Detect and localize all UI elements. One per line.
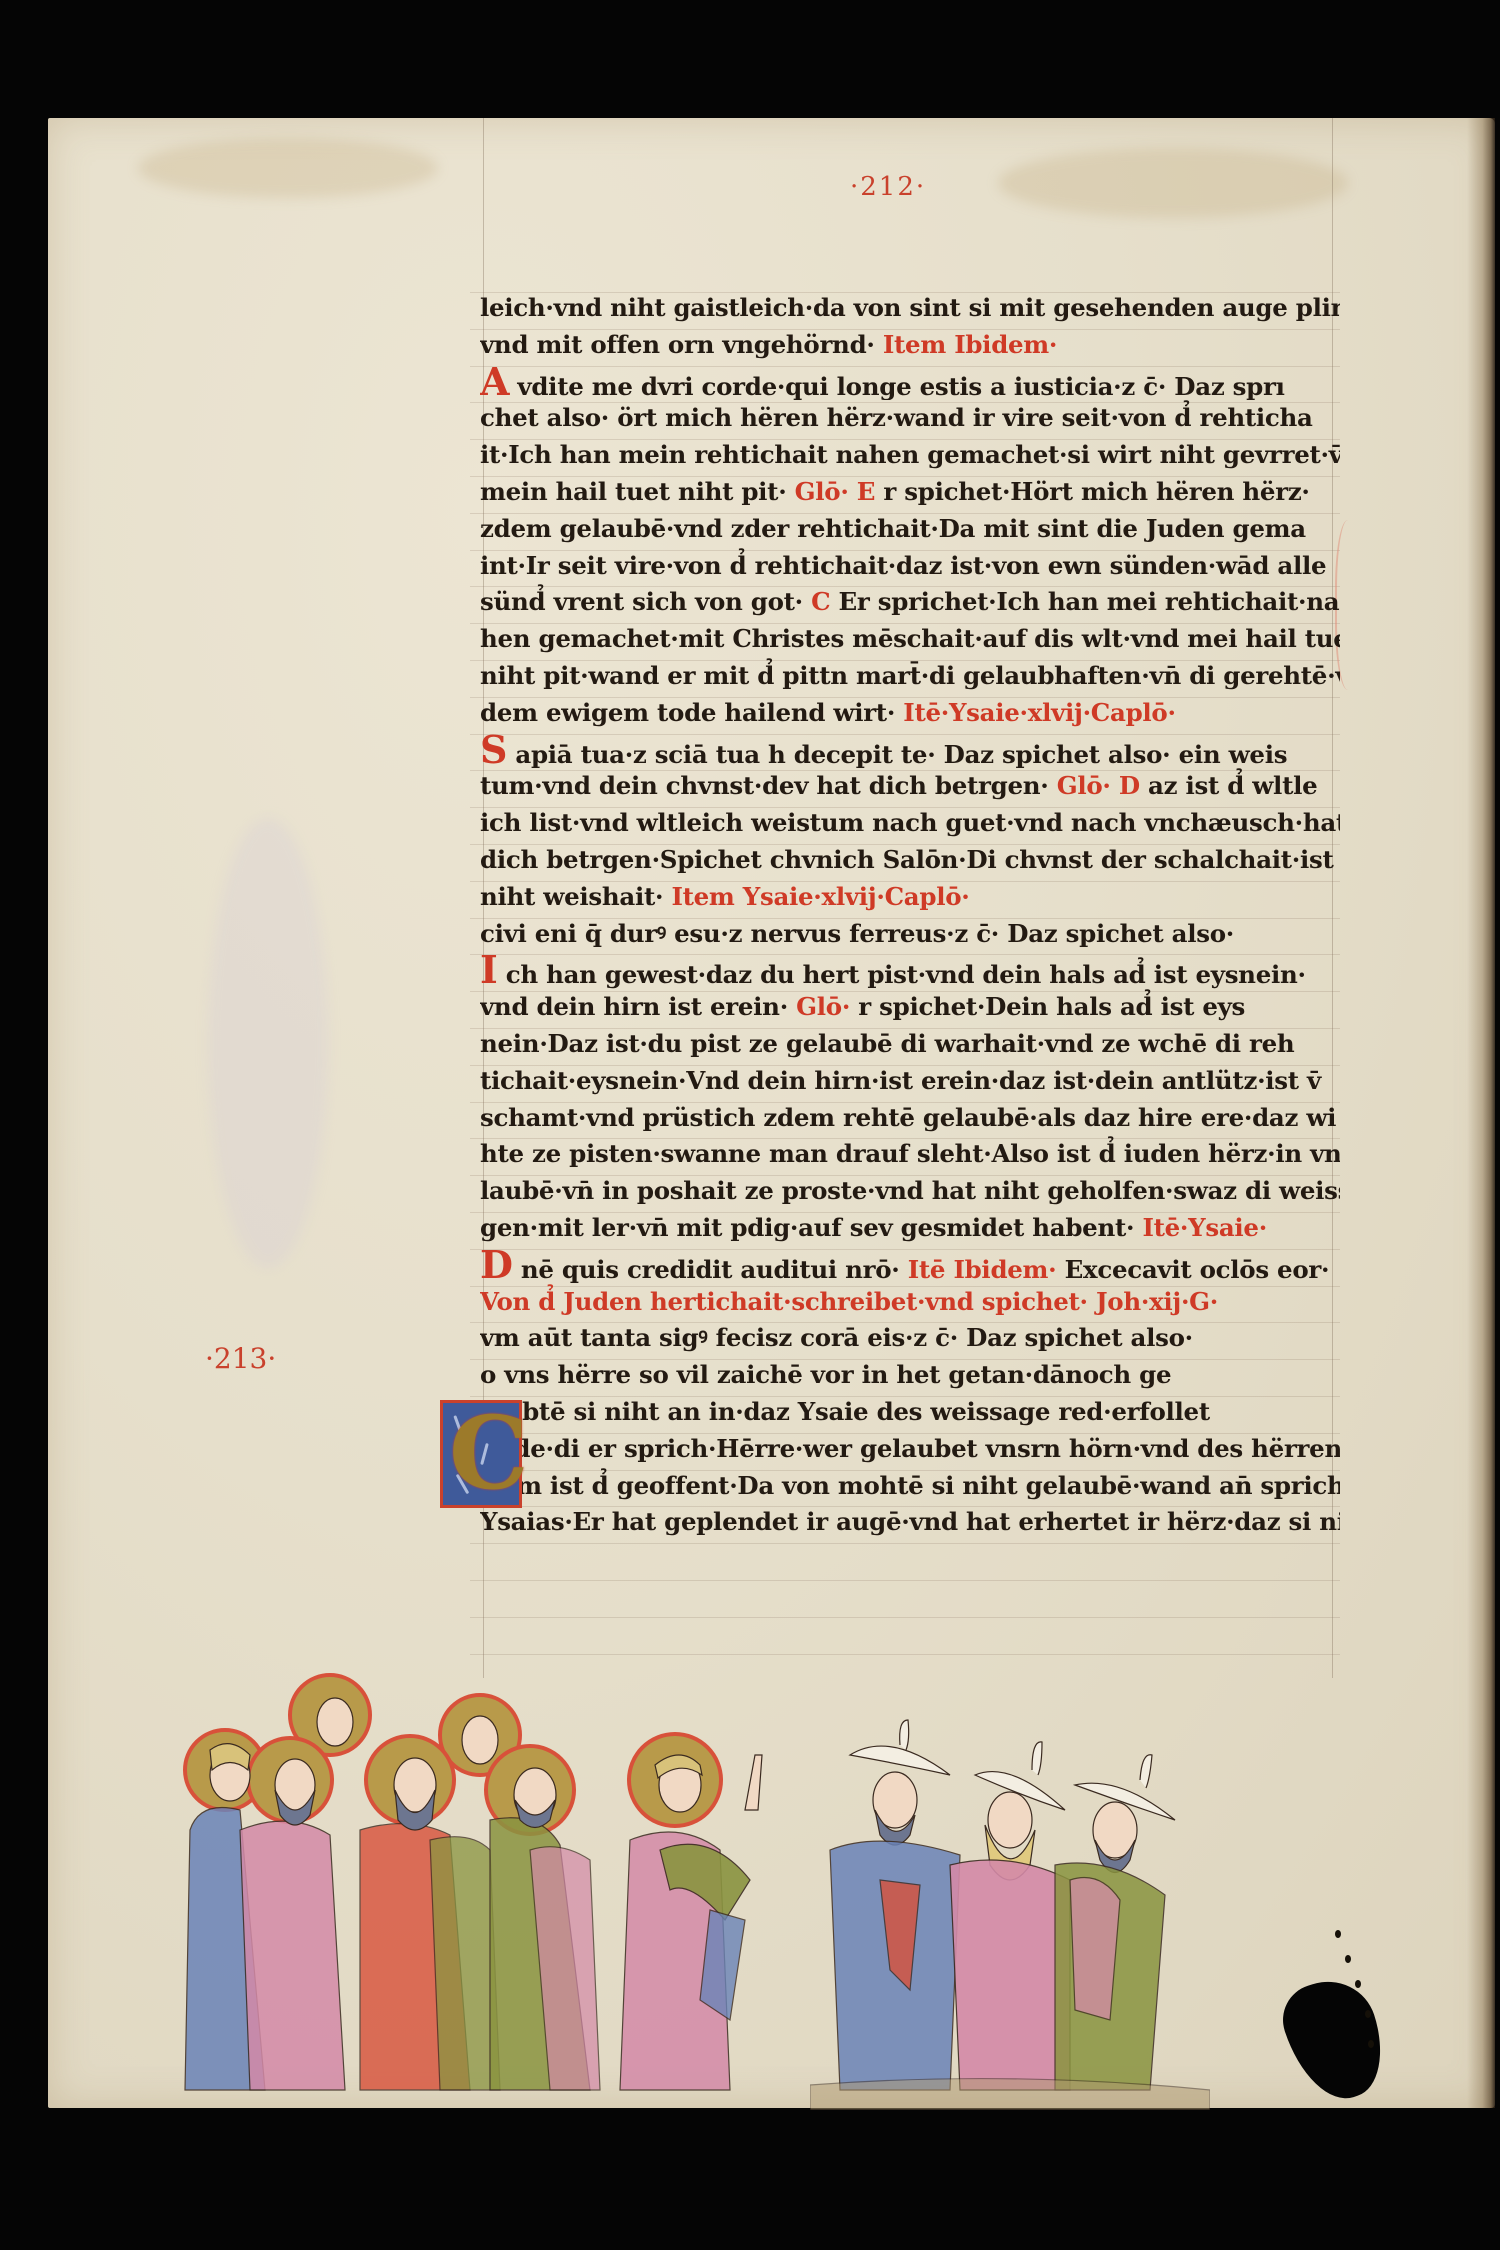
text-line: Von d̉ Juden hertichait·schreibet·vnd sp… bbox=[480, 1284, 1340, 1321]
page-gutter-edge bbox=[1467, 118, 1495, 2108]
text-segment: zdem gelaubē·vnd zder rehtichait·Da mit … bbox=[480, 514, 1306, 543]
text-segment: dem ewigem tode hailend wirt· bbox=[480, 698, 903, 727]
rubric-text: Glō· E bbox=[795, 477, 876, 506]
text-segment: niht weishait· bbox=[480, 882, 671, 911]
text-line: zdem gelaubē·vnd zder rehtichait·Da mit … bbox=[480, 511, 1340, 548]
text-segment: schamt·vnd prüstich zdem rehtē gelaubē·a… bbox=[480, 1103, 1336, 1132]
text-line: vm aūt tanta sigꝰ fecisz corā eis·z c̄· … bbox=[480, 1320, 1340, 1357]
rubric-text: Itē·Ysaie· bbox=[1142, 1213, 1266, 1242]
faint-stain bbox=[208, 818, 328, 1268]
illuminated-initial: C bbox=[440, 1400, 522, 1508]
rubricated-initial: D bbox=[480, 1247, 513, 1284]
text-segment: gen·mit ler·vn̄ mit pdig·auf sev gesmide… bbox=[480, 1213, 1142, 1242]
water-stain bbox=[138, 138, 438, 198]
text-segment: Er sprichet·Ich han mei rehtichait·na bbox=[830, 587, 1339, 616]
text-line: dich betrgen·Spichet chvnich Salōn·Di ch… bbox=[480, 842, 1340, 879]
rubric-text: Item Ibidem· bbox=[883, 330, 1057, 359]
margin-folio-note: ·213· bbox=[205, 1342, 276, 1375]
text-segment: o vns hërre so vil zaichē vor in het get… bbox=[480, 1360, 1171, 1389]
rubric-text: Von d̉ Juden hertichait·schreibet·vnd sp… bbox=[480, 1287, 1218, 1316]
rubric-text: Item Ysaie·xlvij·Caplō· bbox=[671, 882, 969, 911]
illustration-three-figures-pointed-hats bbox=[810, 1690, 1210, 2110]
text-column: leich·vnd niht gaistleich·da von sint si… bbox=[480, 290, 1340, 1541]
text-segment: ch han gewest·daz du hert pist·vnd dein … bbox=[497, 960, 1305, 989]
rubric-text: Glō· bbox=[796, 992, 850, 1021]
text-line: dem ewigem tode hailend wirt· Itē·Ysaie·… bbox=[480, 695, 1340, 732]
ruling-line bbox=[470, 1580, 1340, 1581]
text-segment: r spichet·Hört mich hëren hërz· bbox=[875, 477, 1310, 506]
text-line: it·Ich han mein rehtichait nahen gemache… bbox=[480, 437, 1340, 474]
initial-letter: C bbox=[449, 1399, 529, 1507]
text-segment: wrde·di er sprich·Hērre·wer gelaubet vns… bbox=[480, 1434, 1340, 1463]
text-segment: laubtē si niht an in·daz Ysaie des weiss… bbox=[480, 1397, 1210, 1426]
text-line: S apiā tua·z sciā tua h decepit te· Daz … bbox=[480, 732, 1340, 769]
text-segment: vnd mit offen orn vngehörnd· bbox=[480, 330, 883, 359]
ink-speck bbox=[1368, 2040, 1374, 2048]
ruling-line bbox=[470, 1654, 1340, 1655]
text-line: laubtē si niht an in·daz Ysaie des weiss… bbox=[480, 1394, 1340, 1431]
text-line: o vns hërre so vil zaichē vor in het get… bbox=[480, 1357, 1340, 1394]
rubricated-initial: S bbox=[480, 732, 507, 769]
text-line: nein·Daz ist·du pist ze gelaubē di warha… bbox=[480, 1026, 1340, 1063]
text-line: gen·mit ler·vn̄ mit pdig·auf sev gesmide… bbox=[480, 1210, 1340, 1247]
text-segment: vm aūt tanta sigꝰ fecisz corā eis·z c̄· … bbox=[480, 1323, 1193, 1352]
text-line: chet also· ört mich hëren hërz·wand ir v… bbox=[480, 400, 1340, 437]
text-segment: ich list·vnd wltleich weistum nach guet·… bbox=[480, 808, 1340, 837]
text-line: wem ist d̉ geoffent·Da von mohtē si niht… bbox=[480, 1468, 1340, 1505]
text-segment: hen gemachet·mit Christes mēschait·auf d… bbox=[480, 624, 1340, 653]
text-segment: chet also· ört mich hëren hërz·wand ir v… bbox=[480, 403, 1313, 432]
text-segment: niht pit·wand er mit d̉ pittn mart̄·di g… bbox=[480, 661, 1340, 690]
rubric-text: Itē·Ysaie·xlvij·Caplō· bbox=[903, 698, 1175, 727]
text-segment: civi eni q̄ durꝰ esu·z nervus ferreus·z … bbox=[480, 919, 1234, 948]
rubricated-initial: I bbox=[480, 952, 497, 989]
text-segment: wem ist d̉ geoffent·Da von mohtē si niht… bbox=[480, 1471, 1340, 1500]
rubric-text: C bbox=[811, 587, 830, 616]
text-line: leich·vnd niht gaistleich·da von sint si… bbox=[480, 290, 1340, 327]
text-line: Ysaias·Er hat geplendet ir augē·vnd hat … bbox=[480, 1504, 1340, 1541]
text-line: A vdite me dvri corde·qui longe estis a … bbox=[480, 364, 1340, 401]
text-line: vnd dein hirn ist erein· Glō· r spichet·… bbox=[480, 989, 1340, 1026]
text-line: D nē quis credidit auditui nrō· Itē Ibid… bbox=[480, 1247, 1340, 1284]
text-line: niht weishait· Item Ysaie·xlvij·Caplō· bbox=[480, 879, 1340, 916]
rubric-text: Itē Ibidem· bbox=[908, 1255, 1057, 1284]
text-line: tum·vnd dein chvnst·dev hat dich betrgen… bbox=[480, 768, 1340, 805]
text-segment: sünd̉ vrent sich von got· bbox=[480, 587, 811, 616]
ruling-line bbox=[470, 1617, 1340, 1618]
rubric-text: Glō· D bbox=[1057, 771, 1140, 800]
ink-speck bbox=[1345, 1955, 1351, 1963]
ink-speck bbox=[1355, 1980, 1361, 1988]
text-segment: int·Ir seit vire·von d̉ rehtichait·daz i… bbox=[480, 551, 1326, 580]
text-line: hen gemachet·mit Christes mēschait·auf d… bbox=[480, 621, 1340, 658]
text-segment: tum·vnd dein chvnst·dev hat dich betrgen… bbox=[480, 771, 1057, 800]
text-segment: az ist d̉ wltle bbox=[1140, 771, 1318, 800]
text-segment: apiā tua·z sciā tua h decepit te· Daz sp… bbox=[507, 740, 1287, 769]
ink-speck bbox=[1365, 2010, 1371, 2018]
text-segment: hte ze pisten·swanne man drauf sleht·Als… bbox=[480, 1139, 1340, 1168]
text-line: ich list·vnd wltleich weistum nach guet·… bbox=[480, 805, 1340, 842]
text-line: vnd mit offen orn vngehörnd· Item Ibidem… bbox=[480, 327, 1340, 364]
text-line: int·Ir seit vire·von d̉ rehtichait·daz i… bbox=[480, 548, 1340, 585]
text-line: laubē·vn̄ in poshait ze proste·vnd hat n… bbox=[480, 1173, 1340, 1210]
text-line: wrde·di er sprich·Hērre·wer gelaubet vns… bbox=[480, 1431, 1340, 1468]
text-segment: leich·vnd niht gaistleich·da von sint si… bbox=[480, 293, 1340, 322]
ink-speck bbox=[1335, 1930, 1341, 1938]
water-stain bbox=[998, 148, 1348, 218]
text-line: I ch han gewest·daz du hert pist·vnd dei… bbox=[480, 952, 1340, 989]
text-line: schamt·vnd prüstich zdem rehtē gelaubē·a… bbox=[480, 1100, 1340, 1137]
text-line: tichait·eysnein·Vnd dein hirn·ist erein·… bbox=[480, 1063, 1340, 1100]
text-segment: r spichet·Dein hals ad̉ ist eys bbox=[850, 992, 1245, 1021]
text-segment: tichait·eysnein·Vnd dein hirn·ist erein·… bbox=[480, 1066, 1321, 1095]
text-line: mein hail tuet niht pit· Glō· E r spiche… bbox=[480, 474, 1340, 511]
text-segment: Ysaias·Er hat geplendet ir augē·vnd hat … bbox=[480, 1507, 1340, 1536]
text-segment: vdite me dvri corde·qui longe estis a iu… bbox=[509, 372, 1284, 401]
text-segment: Excecavit oclōs eor· bbox=[1056, 1255, 1329, 1284]
illustration-apostles-and-christ bbox=[170, 1660, 790, 2110]
text-line: civi eni q̄ durꝰ esu·z nervus ferreus·z … bbox=[480, 916, 1340, 953]
text-line: hte ze pisten·swanne man drauf sleht·Als… bbox=[480, 1136, 1340, 1173]
ruling-line bbox=[470, 1543, 1340, 1544]
text-segment: it·Ich han mein rehtichait nahen gemache… bbox=[480, 440, 1340, 469]
text-line: sünd̉ vrent sich von got· C Er sprichet·… bbox=[480, 584, 1340, 621]
text-segment: mein hail tuet niht pit· bbox=[480, 477, 795, 506]
text-segment: nein·Daz ist·du pist ze gelaubē di warha… bbox=[480, 1029, 1294, 1058]
text-segment: vnd dein hirn ist erein· bbox=[480, 992, 796, 1021]
text-line: niht pit·wand er mit d̉ pittn mart̄·di g… bbox=[480, 658, 1340, 695]
text-segment: dich betrgen·Spichet chvnich Salōn·Di ch… bbox=[480, 845, 1334, 874]
text-segment: laubē·vn̄ in poshait ze proste·vnd hat n… bbox=[480, 1176, 1340, 1205]
text-segment: nē quis credidit auditui nrō· bbox=[513, 1255, 908, 1284]
folio-number: ·212· bbox=[850, 172, 926, 202]
rubricated-initial: A bbox=[480, 364, 509, 401]
